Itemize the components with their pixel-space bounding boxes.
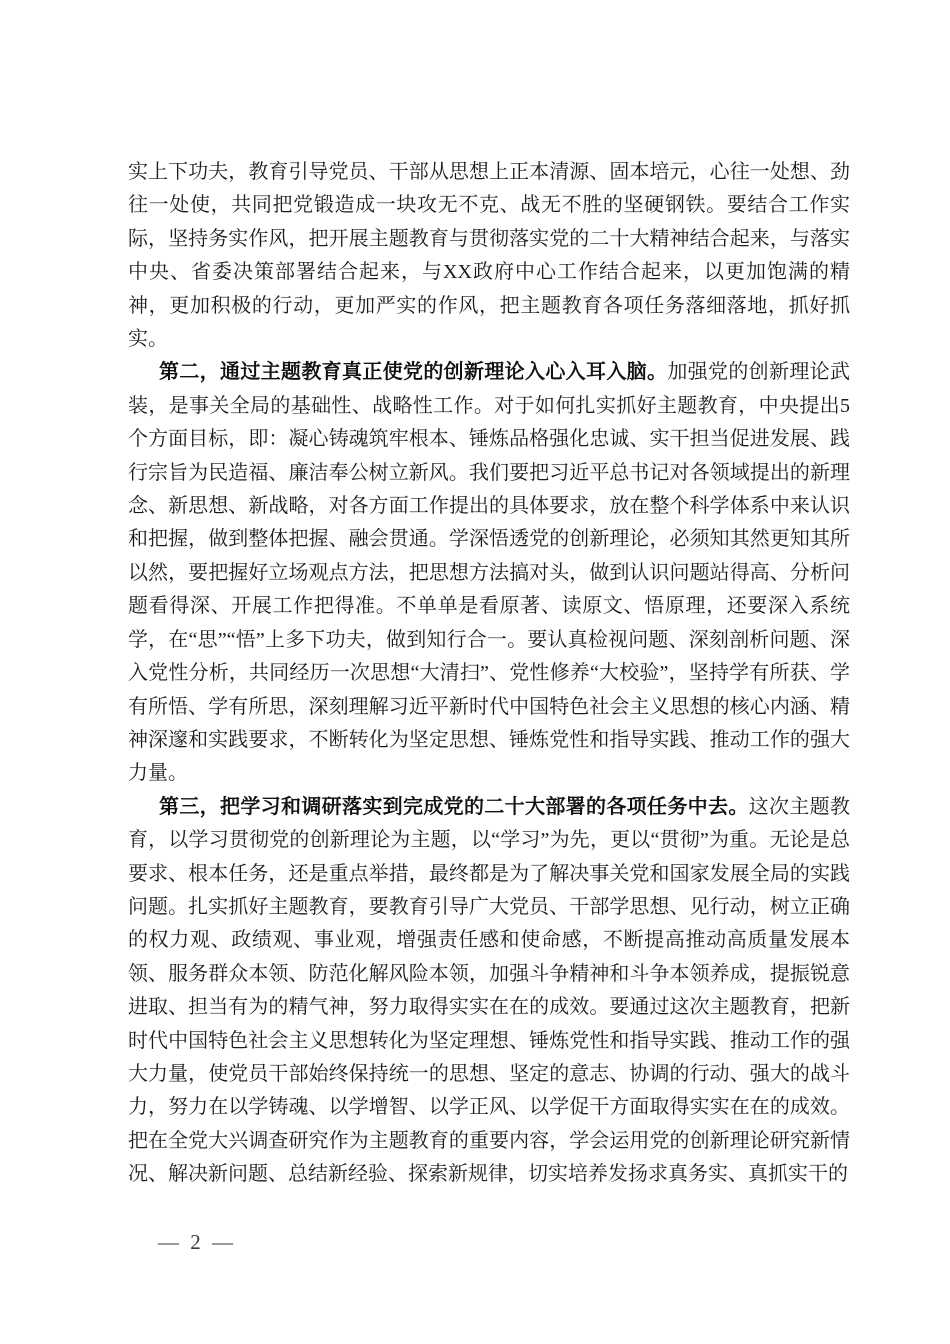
paragraph-third-point: 第三，把学习和调研落实到完成党的二十大部署的各项任务中去。这次主题教育，以学习贯… [128,791,850,1192]
document-page: 实上下功夫，教育引导党员、干部从思想上正本清源、固本培元，心往一处想、劲往一处使… [0,0,950,1344]
paragraph-text: 实上下功夫，教育引导党员、干部从思想上正本清源、固本培元，心往一处想、劲往一处使… [128,161,850,350]
paragraph-second-point: 第二，通过主题教育真正使党的创新理论入心入耳入脑。加强党的创新理论武装，是事关全… [128,356,850,790]
paragraph-lead: 第二，通过主题教育真正使党的创新理论入心入耳入脑。 [159,361,667,383]
paragraph-lead: 第三，把学习和调研落实到完成党的二十大部署的各项任务中去。 [159,796,749,818]
paragraph-continuation: 实上下功夫，教育引导党员、干部从思想上正本清源、固本培元，心往一处想、劲往一处使… [128,156,850,356]
paragraph-text: 加强党的创新理论武装，是事关全局的基础性、战略性工作。对于如何扎实抓好主题教育，… [128,361,850,784]
paragraph-text: 这次主题教育，以学习贯彻党的创新理论为主题，以“学习”为先，更以“贯彻”为重。无… [128,796,850,1185]
document-body: 实上下功夫，教育引导党员、干部从思想上正本清源、固本培元，心往一处想、劲往一处使… [128,156,850,1192]
page-number: — 2 — [158,1230,236,1255]
